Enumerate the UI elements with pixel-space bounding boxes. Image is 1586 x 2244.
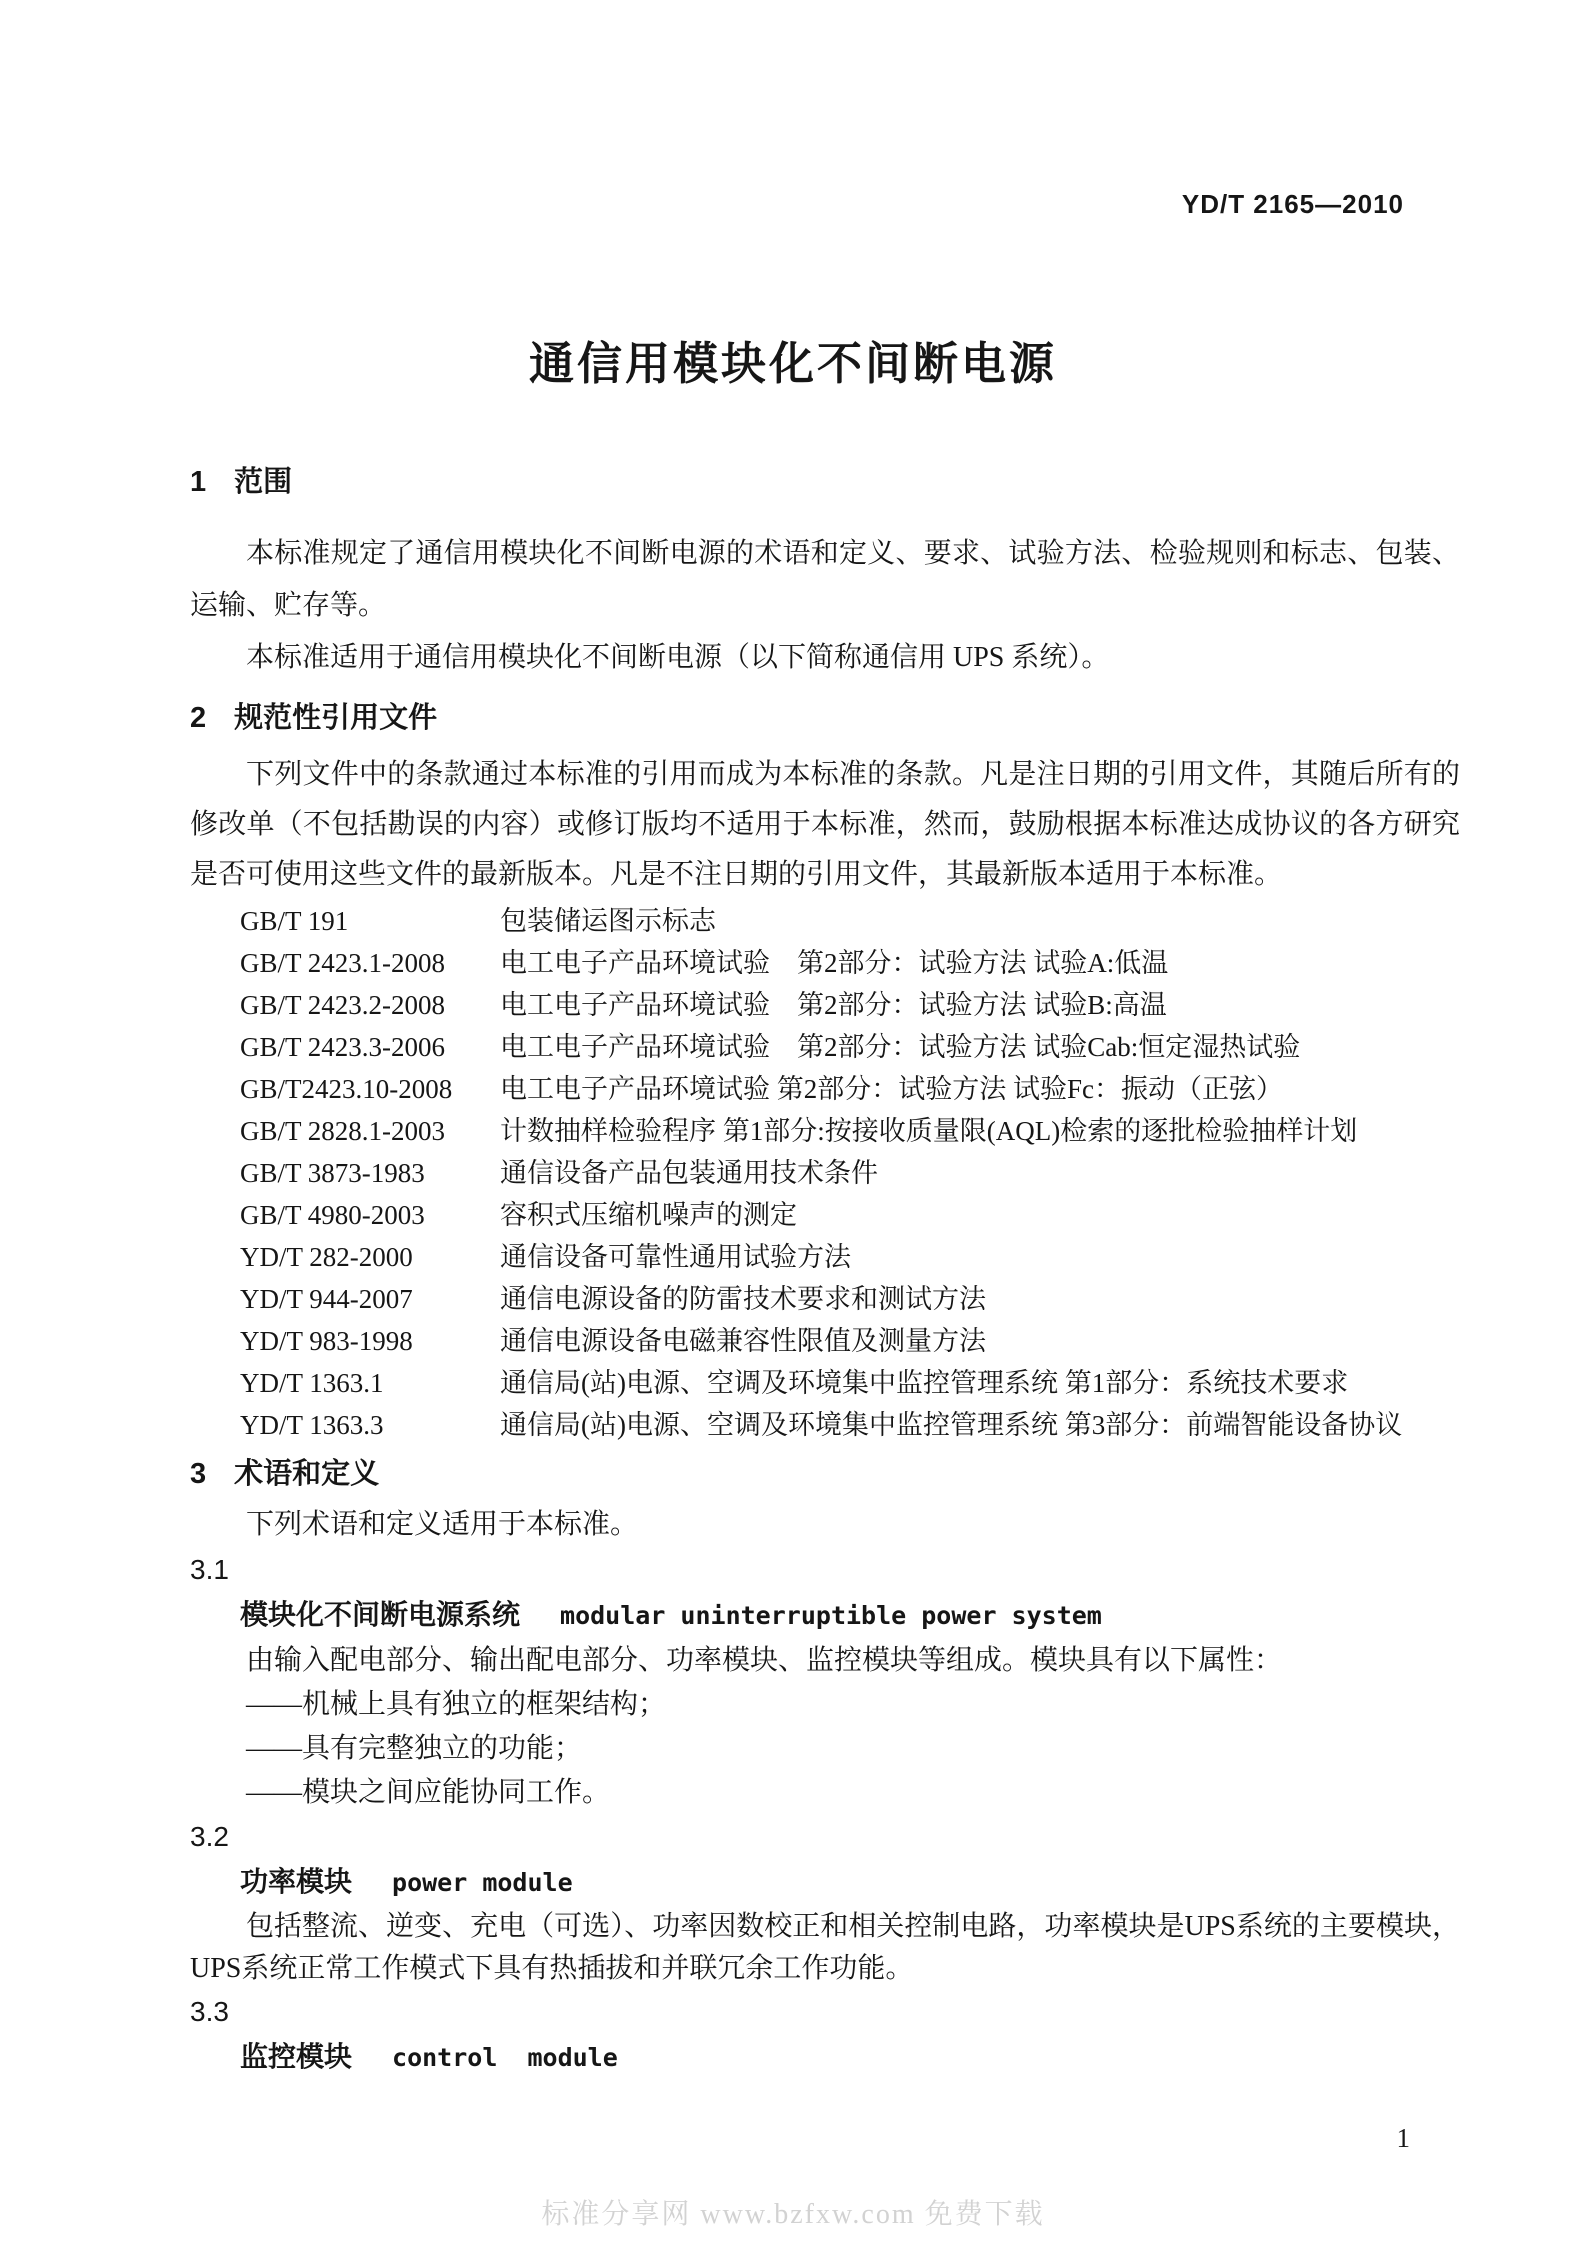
term-name-cn: 模块化不间断电源系统 [240, 1599, 520, 1630]
reference-code: YD/T 1363.1 [240, 1362, 500, 1404]
section-3-label: 术语和定义 [234, 1458, 379, 1490]
term-number-3-1: 3.1 [190, 1548, 1460, 1592]
term-attribute-item: ——具有完整独立的功能； [190, 1727, 1460, 1771]
term-name-cn: 监控模块 [240, 2041, 352, 2072]
reference-code: YD/T 983-1998 [240, 1320, 500, 1362]
reference-code: GB/T 2828.1-2003 [240, 1110, 500, 1152]
term-definition-3-2: 包括整流、逆变、充电（可选）、功率因数校正和相关控制电路，功率模块是UPS系统的… [190, 1906, 1460, 1990]
reference-code: YD/T 944-2007 [240, 1278, 500, 1320]
reference-title: 通信局(站)电源、空调及环境集中监控管理系统 第3部分：前端智能设备协议 [500, 1404, 1460, 1446]
term-number-3-2: 3.2 [190, 1815, 1460, 1859]
reference-title: 通信设备可靠性通用试验方法 [500, 1236, 1460, 1278]
reference-title: 通信电源设备的防雷技术要求和测试方法 [500, 1278, 1460, 1320]
section-2-label: 规范性引用文件 [234, 702, 437, 734]
reference-title: 通信局(站)电源、空调及环境集中监控管理系统 第1部分：系统技术要求 [500, 1362, 1460, 1404]
reference-row: YD/T 983-1998通信电源设备电磁兼容性限值及测量方法 [190, 1320, 1460, 1362]
section-2-number: 2 [190, 700, 206, 736]
term-attribute-item: ——模块之间应能协同工作。 [190, 1771, 1460, 1815]
watermark-text: 标准分享网 www.bzfxw.com 免费下载 [0, 2192, 1586, 2232]
document-title: 通信用模块化不间断电源 [0, 332, 1586, 396]
reference-title: 包装储运图示标志 [500, 900, 1460, 942]
scope-paragraph-1: 本标准规定了通信用模块化不间断电源的术语和定义、要求、试验方法、检验规则和标志、… [190, 528, 1460, 632]
term-attribute-item: ——机械上具有独立的框架结构； [190, 1683, 1460, 1727]
reference-code: GB/T 4980-2003 [240, 1194, 500, 1236]
references-intro: 下列文件中的条款通过本标准的引用而成为本标准的条款。凡是注日期的引用文件，其随后… [190, 750, 1460, 900]
reference-title: 电工电子产品环境试验 第2部分：试验方法 试验Fc：振动（正弦） [500, 1068, 1460, 1110]
section-1-label: 范围 [234, 466, 292, 498]
reference-row: GB/T 2423.2-2008电工电子产品环境试验 第2部分：试验方法 试验B… [190, 984, 1460, 1026]
term-name-en: modular uninterruptible power system [560, 1601, 1102, 1630]
term-name-3-2: 功率模块power module [190, 1859, 1460, 1906]
document-page: YD/T 2165—2010 通信用模块化不间断电源 1范围 本标准规定了通信用… [0, 0, 1586, 2244]
reference-code: YD/T 282-2000 [240, 1236, 500, 1278]
reference-row: YD/T 1363.3通信局(站)电源、空调及环境集中监控管理系统 第3部分：前… [190, 1404, 1460, 1446]
terms-intro: 下列术语和定义适用于本标准。 [190, 1502, 1460, 1548]
reference-code: YD/T 1363.3 [240, 1404, 500, 1446]
reference-code: GB/T 2423.1-2008 [240, 942, 500, 984]
section-3-heading: 3术语和定义 [190, 1456, 1460, 1492]
term-number-3-3: 3.3 [190, 1990, 1460, 2034]
reference-title: 计数抽样检验程序 第1部分:按接收质量限(AQL)检索的逐批检验抽样计划 [500, 1110, 1460, 1152]
reference-code: GB/T 2423.2-2008 [240, 984, 500, 1026]
document-body: 1范围 本标准规定了通信用模块化不间断电源的术语和定义、要求、试验方法、检验规则… [0, 464, 1586, 2081]
reference-row: YD/T 944-2007通信电源设备的防雷技术要求和测试方法 [190, 1278, 1460, 1320]
section-2-heading: 2规范性引用文件 [190, 700, 1460, 736]
doc-code: YD/T 2165—2010 [1182, 189, 1404, 219]
reference-row: YD/T 1363.1通信局(站)电源、空调及环境集中监控管理系统 第1部分：系… [190, 1362, 1460, 1404]
reference-row: GB/T 4980-2003容积式压缩机噪声的测定 [190, 1194, 1460, 1236]
term-name-3-3: 监控模块control module [190, 2034, 1460, 2081]
reference-row: GB/T 2423.3-2006电工电子产品环境试验 第2部分：试验方法 试验C… [190, 1026, 1460, 1068]
page-header: YD/T 2165—2010 [0, 188, 1586, 220]
reference-title: 电工电子产品环境试验 第2部分：试验方法 试验Cab:恒定湿热试验 [500, 1026, 1460, 1068]
reference-title: 电工电子产品环境试验 第2部分：试验方法 试验A:低温 [500, 942, 1460, 984]
section-1-number: 1 [190, 464, 206, 500]
scope-paragraph-2: 本标准适用于通信用模块化不间断电源（以下简称通信用 UPS 系统）。 [190, 632, 1460, 684]
reference-row: GB/T 2828.1-2003计数抽样检验程序 第1部分:按接收质量限(AQL… [190, 1110, 1460, 1152]
term-name-en: control module [392, 2043, 618, 2072]
reference-row: GB/T2423.10-2008电工电子产品环境试验 第2部分：试验方法 试验F… [190, 1068, 1460, 1110]
page-number: 1 [1397, 2122, 1411, 2154]
reference-row: GB/T 191包装储运图示标志 [190, 900, 1460, 942]
reference-title: 通信设备产品包装通用技术条件 [500, 1152, 1460, 1194]
reference-code: GB/T 3873-1983 [240, 1152, 500, 1194]
term-name-cn: 功率模块 [240, 1866, 352, 1897]
reference-row: GB/T 2423.1-2008电工电子产品环境试验 第2部分：试验方法 试验A… [190, 942, 1460, 984]
reference-row: GB/T 3873-1983通信设备产品包装通用技术条件 [190, 1152, 1460, 1194]
reference-code: GB/T 2423.3-2006 [240, 1026, 500, 1068]
term-name-3-1: 模块化不间断电源系统modular uninterruptible power … [190, 1592, 1460, 1639]
reference-title: 电工电子产品环境试验 第2部分：试验方法 试验B:高温 [500, 984, 1460, 1026]
term-definition-3-1: 由输入配电部分、输出配电部分、功率模块、监控模块等组成。模块具有以下属性： [190, 1639, 1460, 1683]
reference-list: GB/T 191包装储运图示标志 GB/T 2423.1-2008电工电子产品环… [190, 900, 1460, 1446]
term-name-en: power module [392, 1868, 573, 1897]
reference-code: GB/T2423.10-2008 [240, 1068, 500, 1110]
reference-code: GB/T 191 [240, 900, 500, 942]
reference-title: 容积式压缩机噪声的测定 [500, 1194, 1460, 1236]
section-3-number: 3 [190, 1456, 206, 1492]
section-1-heading: 1范围 [190, 464, 1460, 500]
reference-title: 通信电源设备电磁兼容性限值及测量方法 [500, 1320, 1460, 1362]
reference-row: YD/T 282-2000通信设备可靠性通用试验方法 [190, 1236, 1460, 1278]
